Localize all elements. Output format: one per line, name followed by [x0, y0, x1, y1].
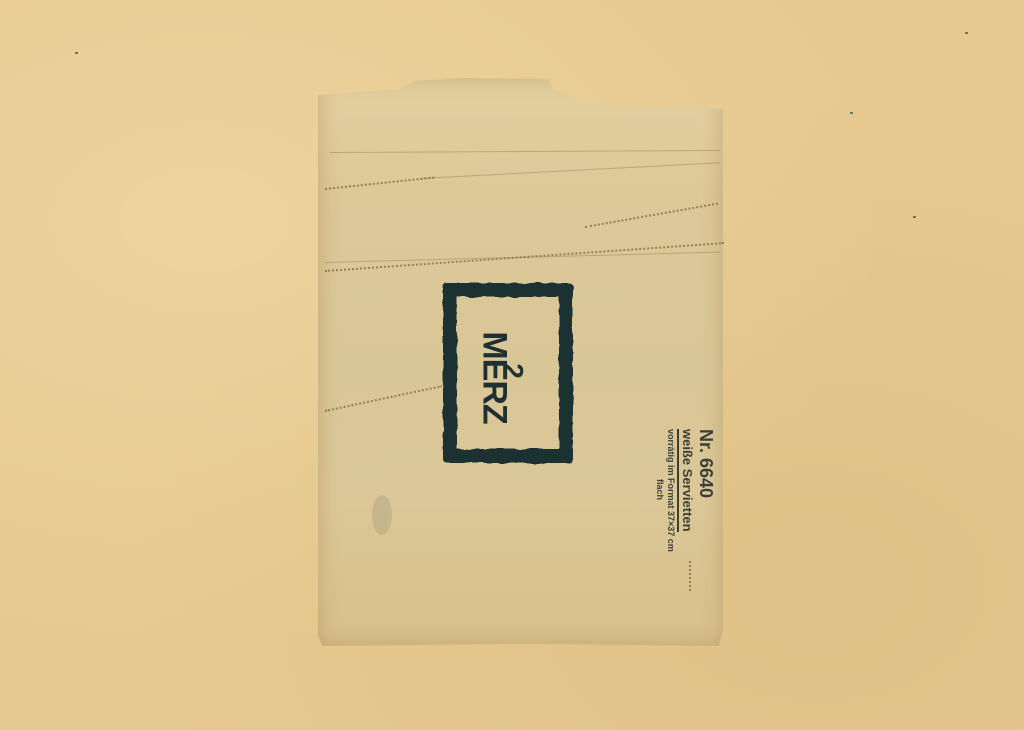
label-size: vorrätig im Format 37×37 cm: [665, 429, 677, 579]
printed-label: Nr. 6640 weiße Servietten vorrätig im Fo…: [650, 428, 720, 578]
stamp-sub-text: 2: [497, 363, 529, 379]
speck: [850, 112, 853, 114]
speck: [75, 52, 78, 54]
label-fold: flach: [654, 429, 665, 579]
label-product: weiße Servietten: [677, 429, 695, 532]
speck: [965, 32, 968, 34]
label-number: Nr. 6640: [696, 429, 716, 579]
speck: [913, 216, 916, 218]
stain: [372, 495, 392, 535]
